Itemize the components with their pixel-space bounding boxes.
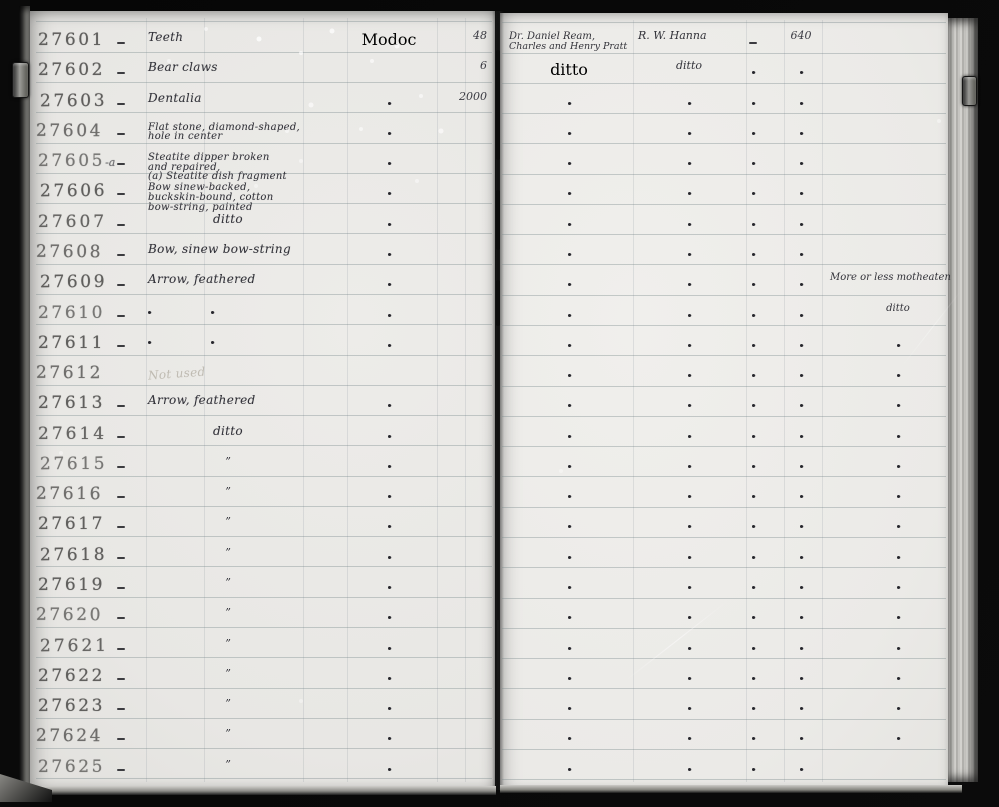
catalog-number: 27608	[36, 236, 110, 267]
ditto-dot	[897, 465, 900, 468]
dash-mark	[117, 103, 125, 105]
collector-column	[505, 85, 633, 116]
collector-column: ditto	[505, 54, 633, 85]
remarks-column: ditto	[828, 297, 968, 328]
object-description: Bow, sinew bow-string	[148, 236, 308, 267]
entry-check-dash	[108, 115, 134, 146]
dash-mark	[117, 678, 125, 680]
value-column	[779, 145, 823, 176]
ditto-dot	[800, 495, 803, 498]
catalog-number: 27618	[40, 538, 114, 570]
ditto-dot	[688, 707, 691, 710]
remarks-column	[828, 24, 968, 55]
entry-check-dash	[108, 508, 134, 539]
ditto-dot	[752, 102, 755, 105]
tribe-column: Modoc	[345, 24, 433, 55]
dash-mark	[117, 557, 125, 559]
entry-check-dash	[108, 539, 134, 570]
ditto-dot	[568, 102, 571, 105]
entry-check-dash	[108, 297, 134, 328]
remarks-column	[828, 539, 968, 570]
object-description: ”	[148, 448, 308, 479]
dash-mark	[117, 466, 125, 468]
quantity-column	[433, 297, 490, 328]
object-description-line: Teeth	[148, 30, 308, 44]
ditto-dot	[897, 586, 900, 589]
catalog-number-text: 27606	[40, 181, 107, 201]
quantity-column	[433, 418, 490, 449]
value-column	[779, 357, 823, 388]
entry-check-dash	[108, 206, 134, 237]
ditto-dot	[800, 556, 803, 559]
ditto-dot	[388, 768, 391, 771]
entry-check-dash	[108, 145, 134, 176]
tribe-column	[345, 599, 433, 630]
donor-dash-column	[744, 569, 762, 600]
remarks-column	[828, 751, 968, 782]
collector-column	[505, 418, 633, 449]
catalog-number-text: 27614	[38, 424, 107, 444]
object-description-line: ”	[148, 575, 308, 589]
collector-column	[505, 448, 633, 479]
ledger-row: 27611	[0, 327, 999, 358]
ledger-row: 27625”	[0, 751, 999, 782]
entry-check-dash	[108, 448, 134, 479]
value-column	[779, 297, 823, 328]
donor-dash-column	[744, 448, 762, 479]
ditto-dot	[688, 435, 691, 438]
ditto-dot	[752, 495, 755, 498]
quantity-column	[433, 569, 490, 600]
ditto-dot	[568, 586, 571, 589]
collector-column-line: Charles and Henry Pratt	[509, 42, 633, 52]
dash-mark	[117, 436, 125, 438]
tribe-column	[345, 236, 433, 267]
ditto-dot	[388, 495, 391, 498]
value-column	[779, 175, 823, 206]
quantity-column	[433, 690, 490, 721]
catalog-number: 27617	[38, 508, 112, 539]
ditto-dot	[148, 341, 151, 344]
ditto-dot	[388, 253, 391, 256]
ditto-dot	[568, 344, 571, 347]
ditto-dot	[897, 737, 900, 740]
ledger-row: 27620”	[0, 599, 999, 630]
catalog-number: 27620	[36, 599, 110, 630]
catalog-number-text: 27618	[40, 545, 107, 565]
entry-check-dash	[108, 24, 134, 55]
ledger-row: 27622”	[0, 660, 999, 691]
donor-column	[633, 175, 745, 206]
entry-check-dash	[108, 54, 134, 85]
ditto-dot	[568, 495, 571, 498]
collector-column	[505, 539, 633, 570]
ditto-dot	[752, 283, 755, 286]
donor-dash-column	[744, 175, 762, 206]
catalog-number: 27604	[36, 115, 110, 146]
ditto-dot	[752, 132, 755, 135]
object-description-line: ”	[148, 696, 308, 710]
ditto-quote-mark: ”	[225, 515, 231, 528]
entry-check-dash	[108, 569, 134, 600]
ditto-dot	[388, 435, 391, 438]
ledger-row: 27601TeethModoc48Dr. Daniel Ream,Charles…	[0, 24, 999, 55]
object-description-line: ditto	[148, 212, 308, 226]
remarks-column	[828, 387, 968, 418]
object-description-line: ”	[148, 757, 308, 771]
catalog-number: 27625	[38, 751, 112, 782]
value-column	[779, 54, 823, 85]
ditto-quote-mark: ”	[225, 637, 231, 650]
ditto-dot	[800, 102, 803, 105]
ditto-dot	[688, 768, 691, 771]
collector-column	[505, 751, 633, 782]
catalog-number: 27613	[38, 387, 112, 418]
collector-column	[505, 206, 633, 237]
catalog-number: 27609	[40, 266, 114, 298]
catalog-number: 27614	[38, 418, 112, 449]
donor-column	[633, 720, 745, 751]
catalog-number-text: 27602	[38, 60, 105, 80]
tribe-column	[345, 327, 433, 358]
tribe-column	[345, 751, 433, 782]
object-description-line: ditto	[148, 424, 308, 438]
object-description: ”	[148, 690, 308, 721]
ditto-dot	[568, 556, 571, 559]
ditto-dot	[388, 556, 391, 559]
catalog-number-text: 27612	[36, 363, 103, 383]
ditto-dot	[388, 132, 391, 135]
ledger-row: 27602Bear claws6dittoditto	[0, 54, 999, 85]
entry-check-dash	[108, 418, 134, 449]
tribe-column	[345, 266, 433, 297]
remarks-column	[828, 327, 968, 358]
ditto-dot	[897, 677, 900, 680]
collector-column	[505, 630, 633, 661]
donor-column	[633, 418, 745, 449]
ditto-dot	[388, 314, 391, 317]
value-column	[779, 660, 823, 691]
ditto-dot	[800, 677, 803, 680]
object-description: Bow sinew-backed,buckskin-bound, cottonb…	[148, 175, 308, 206]
ditto-dot	[688, 465, 691, 468]
donor-column: ditto	[633, 54, 745, 85]
quantity-column	[433, 206, 490, 237]
ditto-dot	[800, 525, 803, 528]
ditto-dot	[800, 616, 803, 619]
dash-mark	[117, 133, 125, 135]
ditto-dot	[388, 465, 391, 468]
ditto-dot	[568, 162, 571, 165]
remarks-column	[828, 236, 968, 267]
dash-mark	[749, 42, 757, 44]
dash-mark	[117, 738, 125, 740]
ditto-quote-mark: ”	[225, 455, 231, 468]
catalog-number-text: 27608	[36, 242, 103, 262]
ditto-dot	[568, 314, 571, 317]
ditto-dot	[688, 556, 691, 559]
entry-check-dash	[108, 85, 134, 116]
entry-check-dash	[108, 478, 134, 509]
collector-column	[505, 327, 633, 358]
ditto-dot	[897, 647, 900, 650]
object-description: ”	[148, 569, 308, 600]
dash-mark	[117, 769, 125, 771]
dash-mark	[117, 284, 125, 286]
quantity-column	[433, 720, 490, 751]
ditto-dot	[752, 616, 755, 619]
quantity-column	[433, 751, 490, 782]
donor-dash-column	[744, 599, 762, 630]
catalog-number-text: 27615	[40, 454, 107, 474]
ditto-dot	[388, 192, 391, 195]
ledger-row: 27608Bow, sinew bow-string	[0, 236, 999, 267]
catalog-number-text: 27601	[38, 30, 105, 50]
catalog-number-text: 27609	[40, 272, 107, 292]
object-description-line: Dentalia	[148, 91, 308, 105]
value-column	[779, 569, 823, 600]
catalog-number: 27605-a	[38, 145, 112, 176]
remarks-column	[828, 690, 968, 721]
ditto-dot	[752, 435, 755, 438]
donor-column	[633, 690, 745, 721]
object-description: ”	[148, 478, 308, 509]
ditto-dot	[388, 707, 391, 710]
catalog-number-text: 27625	[38, 757, 105, 777]
value-column	[779, 266, 823, 297]
tribe-column	[345, 85, 433, 116]
donor-dash-column	[744, 387, 762, 418]
tribe-column	[345, 448, 433, 479]
collector-column: Dr. Daniel Ream,Charles and Henry Pratt	[505, 24, 633, 55]
entry-check-dash	[108, 357, 134, 388]
value-column	[779, 387, 823, 418]
ditto-dot	[388, 616, 391, 619]
value-column	[779, 85, 823, 116]
ditto-quote-mark: ”	[225, 546, 231, 559]
ditto-dot	[568, 374, 571, 377]
ditto-dot	[388, 344, 391, 347]
object-description-line: hole in center	[148, 132, 308, 142]
ditto-dot	[568, 707, 571, 710]
ledger-row: 27615”	[0, 448, 999, 479]
remarks-column	[828, 357, 968, 388]
quantity-column: 2000	[433, 85, 490, 116]
ditto-dot	[752, 737, 755, 740]
object-description: Arrow, feathered	[148, 387, 308, 418]
ledger-row: 27604Flat stone, diamond-shaped,hole in …	[0, 115, 999, 146]
ditto-dot	[752, 71, 755, 74]
quantity-column	[433, 478, 490, 509]
value-column: 640	[779, 24, 823, 55]
collector-column	[505, 266, 633, 297]
ditto-dot	[897, 404, 900, 407]
ditto-dot	[752, 525, 755, 528]
object-description-line: ”	[148, 666, 308, 680]
catalog-number-text: 27619	[38, 575, 105, 595]
quantity-column	[433, 387, 490, 418]
ledger-row: 27623”	[0, 690, 999, 721]
donor-dash-column	[744, 508, 762, 539]
ditto-dot	[688, 344, 691, 347]
object-description-line: Arrow, feathered	[148, 393, 308, 407]
ditto-dot	[752, 253, 755, 256]
ditto-dot	[800, 768, 803, 771]
ditto-dot	[568, 525, 571, 528]
ditto-dot	[897, 344, 900, 347]
object-description: Teeth	[148, 24, 308, 55]
value-column	[779, 599, 823, 630]
donor-dash-column	[744, 266, 762, 297]
value-column	[779, 236, 823, 267]
collector-column	[505, 720, 633, 751]
dash-mark	[117, 648, 125, 650]
object-description: ”	[148, 539, 308, 570]
ditto-dot	[752, 374, 755, 377]
ditto-dot	[800, 435, 803, 438]
ditto-dot	[211, 311, 214, 314]
catalog-number: 27621	[40, 629, 114, 661]
tribe-column	[345, 478, 433, 509]
ditto-dot	[897, 525, 900, 528]
catalog-number-text: 27605	[38, 151, 105, 171]
object-description: Bear claws	[148, 54, 308, 85]
quantity-column: 6	[433, 54, 490, 85]
collector-column	[505, 508, 633, 539]
ditto-dot	[388, 737, 391, 740]
collector-column	[505, 690, 633, 721]
value-column	[779, 508, 823, 539]
dash-mark	[117, 163, 125, 165]
donor-column	[633, 660, 745, 691]
donor-dash-column	[744, 357, 762, 388]
quantity-column	[433, 115, 490, 146]
donor-column	[633, 327, 745, 358]
ditto-dot	[568, 253, 571, 256]
ledger-row: 27610ditto	[0, 297, 999, 328]
entry-check-dash	[108, 327, 134, 358]
remarks-column	[828, 206, 968, 237]
catalog-number: 27624	[36, 720, 110, 751]
ditto-dot	[752, 314, 755, 317]
dash-mark	[117, 254, 125, 256]
ditto-dot	[568, 192, 571, 195]
ditto-dot	[800, 374, 803, 377]
tribe-column	[345, 690, 433, 721]
object-description-line	[148, 303, 308, 317]
collector-column	[505, 599, 633, 630]
object-description-line: Not used	[148, 358, 309, 383]
catalog-number-text: 27623	[38, 696, 105, 716]
ledger-row: 27612Not used	[0, 357, 999, 388]
ledger-row: 27619”	[0, 569, 999, 600]
ditto-quote-mark: ”	[225, 697, 231, 710]
ditto-quote-mark: ”	[225, 727, 231, 740]
ditto-dot	[688, 586, 691, 589]
entry-check-dash	[108, 266, 134, 297]
donor-column	[633, 508, 745, 539]
ditto-dot	[897, 616, 900, 619]
dash-mark	[117, 224, 125, 226]
quantity-column	[433, 599, 490, 630]
catalog-number: 27610	[38, 297, 112, 328]
value-column	[779, 630, 823, 661]
catalog-number-text: 27610	[38, 303, 105, 323]
donor-column	[633, 297, 745, 328]
object-description: Dentalia	[148, 85, 308, 116]
ditto-dot	[388, 525, 391, 528]
ditto-dot	[752, 404, 755, 407]
object-description-line: ”	[148, 636, 308, 650]
catalog-number: 27616	[36, 478, 110, 509]
dash-mark	[117, 587, 125, 589]
object-description	[148, 327, 308, 358]
ditto-dot	[688, 132, 691, 135]
ledger-row: 27616”	[0, 478, 999, 509]
collector-column	[505, 297, 633, 328]
quantity-column	[433, 448, 490, 479]
remarks-column	[828, 418, 968, 449]
quantity-column	[433, 236, 490, 267]
quantity-column	[433, 327, 490, 358]
object-description: Arrow, feathered	[148, 266, 308, 297]
ditto-dot	[568, 616, 571, 619]
remarks-column	[828, 85, 968, 116]
dash-mark	[117, 708, 125, 710]
remarks-column	[828, 175, 968, 206]
remarks-column	[828, 630, 968, 661]
tribe-column	[345, 54, 433, 85]
donor-dash-column	[744, 690, 762, 721]
ditto-dot	[752, 707, 755, 710]
ditto-dot	[688, 283, 691, 286]
ditto-dot	[388, 677, 391, 680]
collector-column	[505, 236, 633, 267]
ditto-dot	[688, 525, 691, 528]
tribe-column	[345, 297, 433, 328]
object-description: ditto	[148, 418, 308, 449]
ditto-dot	[800, 404, 803, 407]
tribe-column	[345, 206, 433, 237]
value-column	[779, 751, 823, 782]
tribe-column	[345, 387, 433, 418]
value-column	[779, 690, 823, 721]
ditto-dot	[752, 465, 755, 468]
ditto-dot	[568, 404, 571, 407]
quantity-column	[433, 145, 490, 176]
ledger-rows: 27601TeethModoc48Dr. Daniel Ream,Charles…	[0, 0, 999, 807]
ditto-dot	[688, 162, 691, 165]
ditto-dot	[688, 495, 691, 498]
donor-column	[633, 85, 745, 116]
ditto-dot	[568, 465, 571, 468]
entry-check-dash	[108, 660, 134, 691]
ledger-row: 27618”	[0, 539, 999, 570]
object-description: Steatite dipper brokenand repaired,(a) S…	[148, 145, 308, 176]
ditto-dot	[688, 647, 691, 650]
object-description-line: ”	[148, 514, 308, 528]
value-column	[779, 206, 823, 237]
object-description: ”	[148, 660, 308, 691]
catalog-number: 27611	[38, 327, 112, 358]
dash-mark	[117, 315, 125, 317]
dash-mark	[117, 405, 125, 407]
tribe-column	[345, 357, 433, 388]
object-description-line: ”	[148, 484, 308, 498]
donor-column	[633, 448, 745, 479]
ditto-dot	[568, 132, 571, 135]
ditto-dot	[568, 737, 571, 740]
